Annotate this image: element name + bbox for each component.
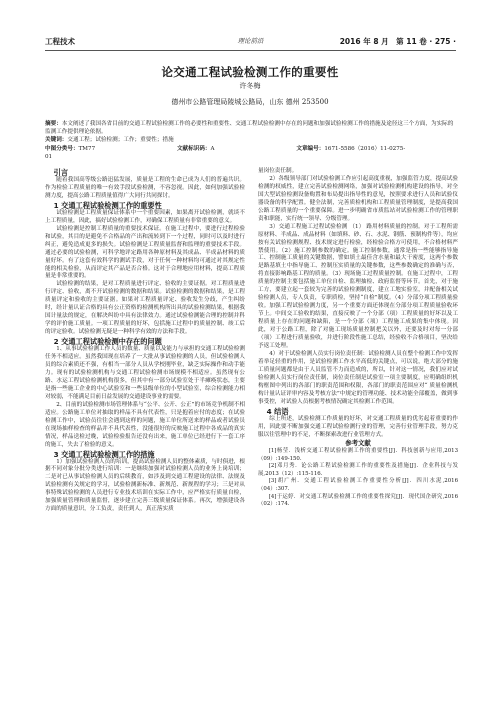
article-author: 许冬梅 [0, 81, 500, 91]
section-heading-intro: 引言 [45, 168, 245, 177]
paragraph: 1）加强试验检测人员的培训，提高试验检测人员的整体素质，与时俱进，根据不同对象分… [45, 459, 245, 515]
reference-item: [1]杨莹．浅析交通工程试验检测工作的重要性[J]．科技创新与应用,2013（0… [258, 448, 458, 463]
paragraph: 试验检测是工程质量保证体系中一个重要因素，如果离开试验检测，就谈不上工程质量，因… [45, 210, 245, 226]
left-column: 引言 随着我国高等级公路迅猛发展，质量是工程的生命已成为人们的普遍共识。作为检验… [45, 168, 245, 514]
section-heading-1: 1 交通工程试验检测工作的重要性 [45, 201, 245, 210]
reference-item: [4]于运婷．对交通工程试验检测工作的重要性探究[J]．现代国企研究,2016（… [258, 494, 458, 509]
paragraph-continuation: 量岗位责任制。 [258, 168, 458, 176]
paragraph: 综上所述，试验检测工作质量的好坏，对交通工程质量的优劣起着重要的作用，因此要不断… [258, 416, 458, 440]
abstract-label: 摘要： [45, 121, 62, 127]
clc-number: 中图分类号：TM77 [45, 146, 135, 152]
keywords-label: 关键词： [45, 137, 67, 143]
journal-page: 工程技术 理论前沿 2016 年 8 月 第 11 卷 · 275 · 论交通工… [0, 0, 500, 707]
article-metadata: 摘要：本文阐述了我国各省目前的交通工程试验检测工作的必要性和重要性、交通工程试验… [45, 120, 457, 161]
paragraph: 试验检测是控制工程质量的重要技术保证。在施工过程中，要进行过程检验和试验，其目的… [45, 226, 245, 282]
references-heading: 参考文献 [258, 439, 458, 448]
paragraph: 2）各级领导部门对试验检测工作应引起高度重视，加强监管力度，提高试验检测的权威性… [258, 176, 458, 224]
section-heading-2: 2 交通工程试验检测中存在的问题 [45, 337, 245, 346]
classification-line: 中图分类号：TM77 文献标识码：A 文章编号：1671-5586（2016）1… [45, 145, 457, 161]
paragraph: 2、目前的试验检测市场管理体系与“公平、公开、公正”的市场竞争机制不相适应。公路… [45, 402, 245, 450]
keywords-text: 交通工程；试验检测；工作；重要性；措施 [67, 137, 173, 143]
document-code: 文献标识码：A [177, 146, 255, 152]
abstract-text: 本文阐述了我国各省目前的交通工程试验检测工作的必要性和重要性、交通工程试验检测中… [45, 121, 453, 135]
abstract: 摘要：本文阐述了我国各省目前的交通工程试验检测工作的必要性和重要性、交通工程试验… [45, 120, 457, 136]
author-affiliation: 德州市公路管理局陵城公路局，山东 德州 253500 [0, 97, 500, 107]
paragraph: 随着我国高等级公路迅猛发展，质量是工程的生命已成为人们的普遍共识。作为检验工程质… [45, 177, 245, 201]
section-heading-3: 3 交通工程试验检测工作的措施 [45, 450, 245, 459]
reference-item: [2]邓月秀．论公路工程试验检测工作的重要性及措施[J]．企业科技与发展,201… [258, 463, 458, 478]
right-column: 量岗位责任制。 2）各级领导部门对试验检测工作应引起高度重视，加强监管力度，提高… [258, 168, 458, 509]
paragraph: 4）对于试验检测人员实行岗位责任制：试验检测人员在整个检测工作中发挥着举足轻重的… [258, 351, 458, 407]
article-title: 论交通工程试验检测工作的重要性 [0, 64, 500, 80]
paragraph: 1、从事试验检测工作人员的数量、质量以及能力与承担的交通工程试验检测任务不相适应… [45, 346, 245, 402]
paragraph: 3）交通工程施工过程试验检测 （1） 路用材料质量的控制。对于工程所需原材料、半… [258, 224, 458, 351]
running-head: 工程技术 理论前沿 2016 年 8 月 第 11 卷 · 275 · [45, 36, 456, 51]
keywords: 关键词：交通工程；试验检测；工作；重要性；措施 [45, 136, 457, 144]
reference-item: [3]胡广州．交通工程试验检测工作重要性分析[J]．四川水泥,2016（04）:… [258, 478, 458, 493]
issue-info: 2016 年 8 月 第 11 卷 · 275 · [340, 36, 456, 47]
paragraph: 试验检测的结果，是对工程质量进行评定、验收的主要证据。对工程质量进行评定、验收，… [45, 281, 245, 337]
section-heading-4: 4 结语 [258, 407, 458, 416]
